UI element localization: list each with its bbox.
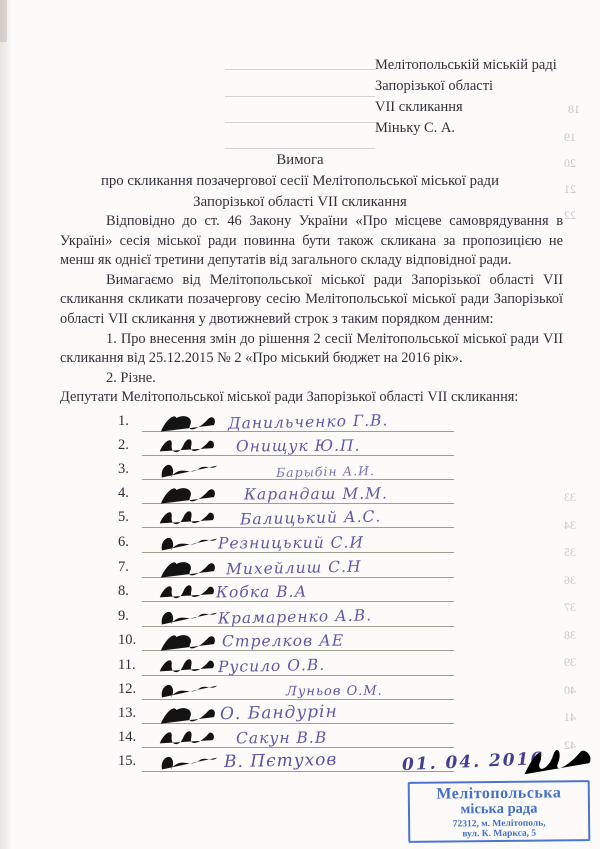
signatory-name: Онищук Ю.П.	[236, 437, 361, 456]
signatory-name: В. Пєтухов	[224, 750, 338, 772]
signature-number: 14.	[118, 729, 136, 746]
signature-number: 6.	[118, 534, 129, 551]
signature-row: 13. О. Бандурін	[118, 698, 458, 724]
signatory-name: Кобка В.А	[216, 583, 307, 602]
signature-row: 11. Русило О.В.	[118, 650, 458, 676]
signature-row: 14. Сакун В.В	[118, 722, 458, 748]
signature-row: 6. Резницький С.И	[118, 527, 458, 553]
signature-number: 1.	[118, 413, 129, 430]
signatory-name: Карандаш М.М.	[244, 484, 388, 503]
signature-row: 2. Онищук Ю.П.	[118, 430, 458, 456]
signature-row: 8. Кобка В.А	[118, 576, 458, 602]
signature-number: 2.	[118, 437, 129, 454]
signature-number: 8.	[118, 583, 129, 600]
signature-number: 4.	[118, 485, 129, 502]
stamp-address-line-2: вул. К. Маркса, 5	[410, 828, 588, 840]
scanned-document-page: 18 19 20 21 22 33 34 35 36 37 38 39 40 4…	[0, 0, 600, 849]
signature-number: 9.	[118, 608, 129, 625]
signature-row: 9. Крамаренко А.В.	[118, 601, 458, 627]
signatory-name: О. Бандурін	[220, 702, 338, 724]
signature-row: 5. Балицький А.С.	[118, 502, 458, 528]
signature-number: 10.	[118, 632, 136, 649]
signature-number: 7.	[118, 559, 129, 576]
signatory-name: Стрелков АЕ	[222, 632, 344, 651]
signature-row: 10. Стрелков АЕ	[118, 625, 458, 651]
handwritten-date-block: 01. 04. 2016	[398, 748, 598, 782]
signature-number: 3.	[118, 461, 129, 478]
handwritten-signature	[520, 744, 596, 780]
signatory-name: Сакун В.В	[236, 729, 327, 748]
signature-list: 1. Данильченко Г.В. 2. Онищук Ю.П. 3. Ба…	[0, 0, 600, 849]
handwritten-signature	[146, 750, 232, 776]
official-stamp: Мелітопольська міська рада 72312, м. Мел…	[408, 780, 591, 843]
signature-number: 5.	[118, 509, 129, 526]
signature-row: 12. Луньов О.М.	[118, 674, 458, 700]
signature-row: 4. Карандаш М.М.	[118, 478, 458, 504]
signature-number: 13.	[118, 705, 136, 722]
signature-number: 15.	[118, 753, 136, 770]
signature-number: 12.	[118, 681, 136, 698]
signatory-name: Резницький С.И	[218, 533, 364, 552]
signature-row: 1. Данильченко Г.В.	[118, 406, 458, 432]
signatory-name: Балицький А.С.	[240, 508, 382, 529]
signature-row: 7. Михейлиш С.Н	[118, 552, 458, 578]
signature-number: 11.	[118, 657, 136, 674]
signature-row: 3. Барыбін А.И.	[118, 454, 458, 480]
signatory-name: Луньов О.М.	[286, 684, 383, 700]
